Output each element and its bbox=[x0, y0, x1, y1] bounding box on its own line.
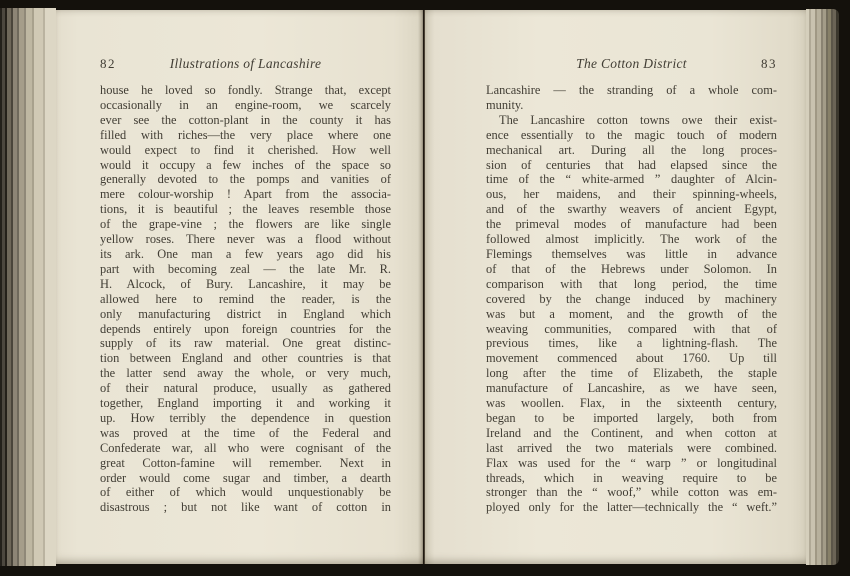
text-line: of either of which would unquestionably … bbox=[100, 485, 391, 500]
text-line: occasionally in an engine-room, we scarc… bbox=[100, 98, 391, 113]
text-line: munity. bbox=[486, 98, 777, 113]
text-line: of that of the Hebrews under Solomon. In bbox=[486, 262, 777, 277]
text-line: Lancashire — the stranding of a whole co… bbox=[486, 83, 777, 98]
text-line: together, England importing it and worki… bbox=[100, 396, 391, 411]
text-line: tion between England and other countries… bbox=[100, 351, 391, 366]
text-line: and of the swarthy weavers of ancient Eg… bbox=[486, 202, 777, 217]
text-line: was proved at the time of the Federal an… bbox=[100, 426, 391, 441]
book-photo: 82 Illustrations of Lancashire house he … bbox=[0, 0, 850, 576]
text-line: of the grape-vine ; the flowers are like… bbox=[100, 217, 391, 232]
text-line: covered by the change induced by machine… bbox=[486, 292, 777, 307]
left-page-header: 82 Illustrations of Lancashire bbox=[100, 56, 391, 72]
text-line: H. Alcock, of Bury. Lancashire, it may b… bbox=[100, 277, 391, 292]
text-line: was woollen. Flax, in the sixteenth cent… bbox=[486, 396, 777, 411]
text-line: only manufacturing district in England w… bbox=[100, 307, 391, 322]
text-line: of their natural produce, usually as gat… bbox=[100, 381, 391, 396]
right-page-number: 83 bbox=[761, 56, 777, 72]
text-line: time of the “ white-armed ” daughter of … bbox=[486, 172, 777, 187]
right-page-body: Lancashire — the stranding of a whole co… bbox=[486, 83, 777, 515]
text-line: ployed only for the latter—technically t… bbox=[486, 500, 777, 515]
text-line: Confederate war, all who were cognisant … bbox=[100, 441, 391, 456]
text-line: supply of its raw material. One great di… bbox=[100, 336, 391, 351]
text-line: mere colour-worship ! Apart from the ass… bbox=[100, 187, 391, 202]
text-line: last arrived the two materials were comb… bbox=[486, 441, 777, 456]
text-line: Ireland and the Continent, and when cott… bbox=[486, 426, 777, 441]
text-line: would expect to find it cherished. How w… bbox=[100, 143, 391, 158]
text-line: previous times, like a lightning-flash. … bbox=[486, 336, 777, 351]
left-page-stack-edges bbox=[0, 8, 56, 566]
text-line: up. How terribly the dependence in quest… bbox=[100, 411, 391, 426]
text-line: filled with riches—the very place where … bbox=[100, 128, 391, 143]
text-line: tions, it is beautiful ; the leaves rese… bbox=[100, 202, 391, 217]
text-line: disastrous ; but not like want of cotton… bbox=[100, 500, 391, 515]
text-line: mechanical art. During all the long proc… bbox=[486, 143, 777, 158]
text-line: house he loved so fondly. Strange that, … bbox=[100, 83, 391, 98]
text-line: Flemings themselves was little in advanc… bbox=[486, 247, 777, 262]
right-page-stack-edges bbox=[806, 9, 839, 565]
text-line: order would come sugar and timber, a dea… bbox=[100, 471, 391, 486]
text-line: generally devoted to the pomps and vanit… bbox=[100, 172, 391, 187]
text-line: ence essentially to the magic touch of m… bbox=[486, 128, 777, 143]
text-line: ever see the cotton-plant in the county … bbox=[100, 113, 391, 128]
right-page-header: The Cotton District 83 bbox=[486, 56, 777, 72]
text-line: great Cotton-famine will remember. Next … bbox=[100, 456, 391, 471]
text-line: the primeval modes of manufacture had be… bbox=[486, 217, 777, 232]
text-line: ous, her maidens, and their spinning-whe… bbox=[486, 187, 777, 202]
text-line: Flax was used for the “ warp ” or longit… bbox=[486, 456, 777, 471]
text-line: was but a moment, and the growth of the bbox=[486, 307, 777, 322]
text-line: The Lancashire cotton towns owe their ex… bbox=[486, 113, 777, 128]
left-page: 82 Illustrations of Lancashire house he … bbox=[56, 10, 423, 564]
text-line: stronger than the “ woof,” while cotton … bbox=[486, 485, 777, 500]
text-line: the latter send away the whole, or very … bbox=[100, 366, 391, 381]
left-page-number: 82 bbox=[100, 56, 116, 72]
text-line: began to be imported largely, both from bbox=[486, 411, 777, 426]
text-line: yellow roses. There never was a flood wi… bbox=[100, 232, 391, 247]
text-line: manufacture of Lancashire, as we have se… bbox=[486, 381, 777, 396]
text-line: depends entirely upon foreign countries … bbox=[100, 322, 391, 337]
text-line: comparison with that long period, the ti… bbox=[486, 277, 777, 292]
text-line: movement commenced about 1760. Up till bbox=[486, 351, 777, 366]
right-page: The Cotton District 83 Lancashire — the … bbox=[425, 10, 806, 564]
left-page-body: house he loved so fondly. Strange that, … bbox=[100, 83, 391, 515]
text-line: part with becoming zeal — the late Mr. R… bbox=[100, 262, 391, 277]
text-line: allowed here to remind the reader, is th… bbox=[100, 292, 391, 307]
text-line: weaving communities, compared with that … bbox=[486, 322, 777, 337]
left-running-title: Illustrations of Lancashire bbox=[170, 56, 322, 71]
text-line: its ark. One man a few years ago did his bbox=[100, 247, 391, 262]
text-line: sion of centuries that had elapsed since… bbox=[486, 158, 777, 173]
text-line: threads, which in weaving require to be bbox=[486, 471, 777, 486]
text-line: followed almost implicitly. The work of … bbox=[486, 232, 777, 247]
text-line: long after the time of Elizabeth, the st… bbox=[486, 366, 777, 381]
text-line: would it occupy a few inches of the spac… bbox=[100, 158, 391, 173]
right-running-title: The Cotton District bbox=[576, 56, 687, 71]
